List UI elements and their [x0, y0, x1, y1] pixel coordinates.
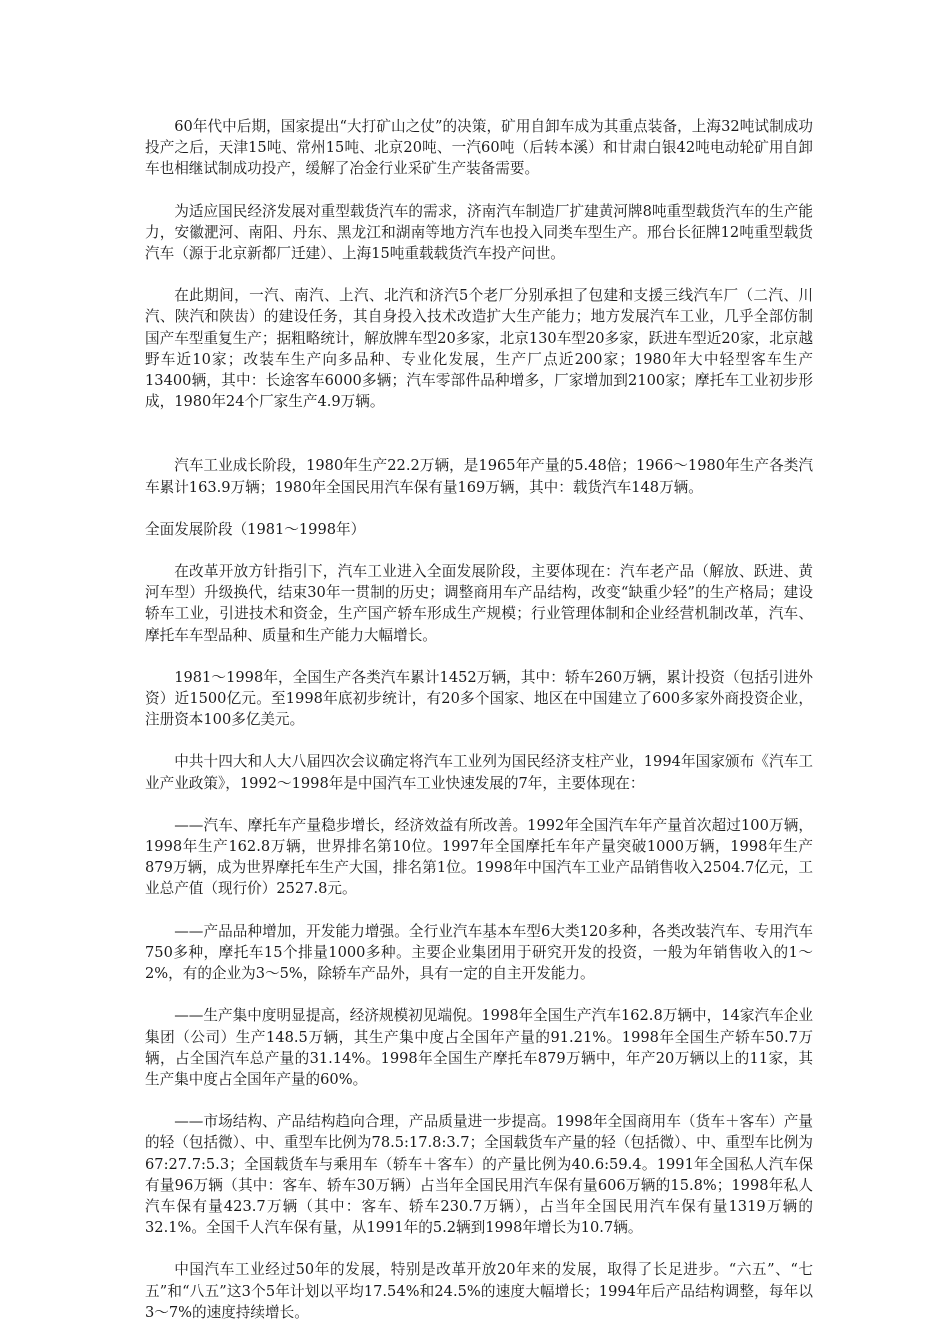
spacer: [145, 433, 813, 455]
paragraph-pillar-industry: 中共十四大和人大八届四次会议确定将汽车工业列为国民经济支柱产业，1994年国家颁…: [145, 751, 813, 793]
paragraph-concentration: ——生产集中度明显提高，经济规模初见端倪。1998年全国生产汽车162.8万辆中…: [145, 1005, 813, 1090]
paragraph-investment: 1981～1998年，全国生产各类汽车累计1452万辆，其中：轿车260万辆，累…: [145, 667, 813, 731]
paragraph-output-growth: ——汽车、摩托车产量稳步增长，经济效益有所改善。1992年全国汽车年产量首次超过…: [145, 815, 813, 900]
section-heading: 全面发展阶段（1981～1998年）: [145, 519, 813, 540]
paragraph-reform: 在改革开放方针指引下，汽车工业进入全面发展阶段，主要体现在：汽车老产品（解放、跃…: [145, 561, 813, 646]
paragraph-third-line-plants: 在此期间，一汽、南汽、上汽、北汽和济汽5个老厂分别承担了包建和支援三线汽车厂（二…: [145, 285, 813, 412]
paragraph-conclusion: 中国汽车工业经过50年的发展，特别是改革开放20年来的发展，取得了长足进步。“六…: [145, 1259, 813, 1323]
paragraph-product-variety: ——产品品种增加，开发能力增强。全行业汽车基本车型6大类120多种，各类改装汽车…: [145, 921, 813, 985]
paragraph-heavy-trucks: 为适应国民经济发展对重型载货汽车的需求，济南汽车制造厂扩建黄河牌8吨重型载货汽车…: [145, 201, 813, 265]
paragraph-growth-stage: 汽车工业成长阶段，1980年生产22.2万辆，是1965年产量的5.48倍；19…: [145, 455, 813, 497]
paragraph-mining-trucks: 60年代中后期，国家提出“大打矿山之仗”的决策，矿用自卸车成为其重点装备，上海3…: [145, 116, 813, 180]
document-page: 60年代中后期，国家提出“大打矿山之仗”的决策，矿用自卸车成为其重点装备，上海3…: [145, 116, 813, 1344]
paragraph-market-structure: ——市场结构、产品结构趋向合理，产品质量进一步提高。1998年全国商用车（货车＋…: [145, 1111, 813, 1238]
